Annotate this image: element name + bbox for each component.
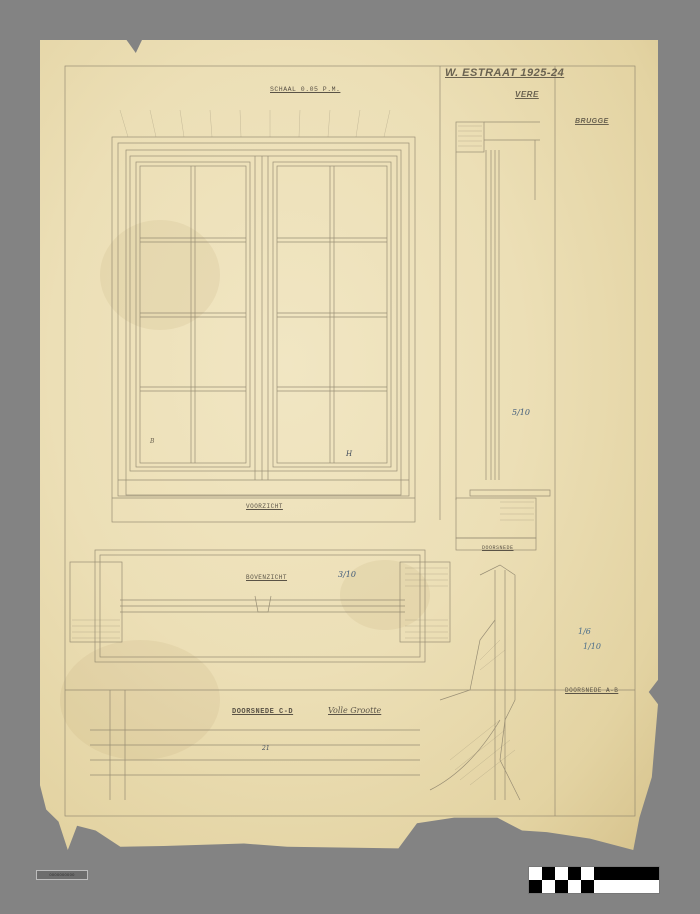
scale-label: SCHAAL 0.05 P.M. [270,86,340,93]
bottom-section-mark: 21 [262,745,270,752]
side-dimension-note: 5/10 [512,408,530,417]
drawing-location: BRUGGE [575,118,609,125]
elevation-mark-right: H [346,450,352,458]
ratio-top-note: 1/6 [578,627,591,636]
side-section-label: DOORSNEDE [482,545,514,551]
color-scale-bar [528,866,660,894]
bottom-section-label: DOORSNEDE C-D [232,708,293,716]
elevation-mark-left: B [150,438,154,445]
ratio-bottom-note: 1/10 [583,642,601,651]
detail-section-label: DOORSNEDE A-B [565,687,618,694]
drawing-subtitle: VERE [515,90,539,99]
elevation-label: VOORZICHT [246,503,283,510]
bottom-section-note: Volle Grootte [328,706,381,715]
plan-section-label: BOVENZICHT [246,574,287,581]
drawing-title: W. ESTRAAT 1925-24 [445,67,564,79]
archive-label: 0000000000 [36,870,88,880]
archive-label-text: 0000000000 [37,871,87,879]
plan-dimension-note: 3/10 [338,570,356,579]
